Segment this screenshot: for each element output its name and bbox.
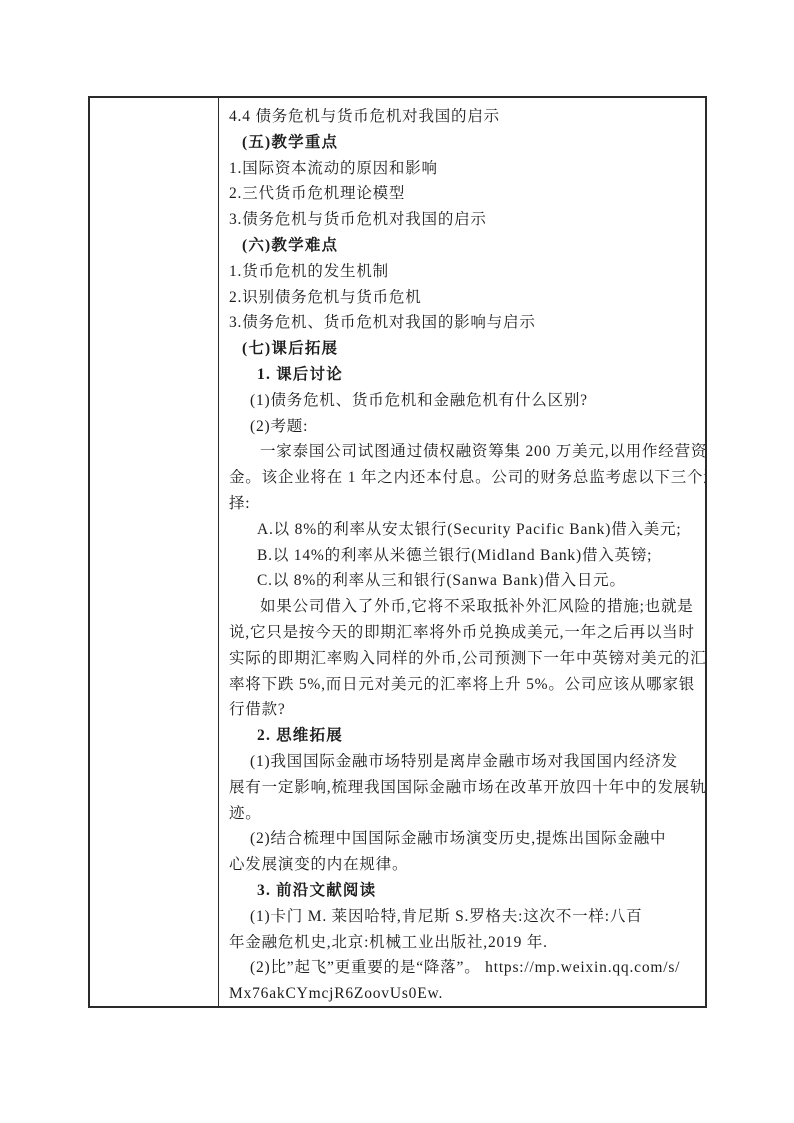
text-line: 一家泰国公司试图通过债权融资筹集 200 万美元,以用作经营资 xyxy=(260,439,699,465)
text-line: (1)我国国际金融市场特别是离岸金融市场对我国国内经济发 xyxy=(250,749,699,775)
text-line: (七)课后拓展 xyxy=(242,336,699,362)
lesson-plan-table: 4.4 债务危机与货币危机对我国的启示(五)教学重点1.国际资本流动的原因和影响… xyxy=(88,96,707,1008)
text-line: Mx76akCYmcjR6ZoovUs0Ew. xyxy=(229,981,699,1006)
text-line: 3.债务危机与货币危机对我国的启示 xyxy=(229,207,699,233)
text-line: 行借款? xyxy=(229,697,699,723)
text-line: 如果公司借入了外币,它将不采取抵补外汇风险的措施;也就是 xyxy=(260,594,699,620)
text-line: (六)教学难点 xyxy=(242,233,699,259)
text-line: (1)债务危机、货币危机和金融危机有什么区别? xyxy=(250,388,699,414)
text-line: C.以 8%的利率从三和银行(Sanwa Bank)借入日元。 xyxy=(257,568,699,594)
text-line: 率将下跌 5%,而日元对美元的汇率将上升 5%。公司应该从哪家银 xyxy=(229,672,699,698)
text-line: (五)教学重点 xyxy=(242,130,699,156)
text-line: 实际的即期汇率购入同样的外币,公司预测下一年中英镑对美元的汇 xyxy=(229,646,699,672)
text-line: 4.4 债务危机与货币危机对我国的启示 xyxy=(229,104,699,130)
text-line: 2.三代货币危机理论模型 xyxy=(229,181,699,207)
text-line: 展有一定影响,梳理我国国际金融市场在改革开放四十年中的发展轨 xyxy=(229,775,699,801)
text-line: 2. 思维拓展 xyxy=(257,723,699,749)
text-line: (2)考题: xyxy=(250,414,699,440)
text-line: 2.识别债务危机与货币危机 xyxy=(229,285,699,311)
text-line: 说,它只是按今天的即期汇率将外币兑换成美元,一年之后再以当时 xyxy=(229,620,699,646)
text-line: 1. 课后讨论 xyxy=(257,362,699,388)
text-line: B.以 14%的利率从米德兰银行(Midland Bank)借入英镑; xyxy=(257,543,699,569)
text-line: 择: xyxy=(229,491,699,517)
text-line: (1)卡门 M. 莱因哈特,肯尼斯 S.罗格夫:这次不一样:八百 xyxy=(250,904,699,930)
text-line: (2)结合梳理中国国际金融市场演变历史,提炼出国际金融中 xyxy=(250,826,699,852)
text-line: 心发展演变的内在规律。 xyxy=(229,852,699,878)
text-line: 1.货币危机的发生机制 xyxy=(229,259,699,285)
text-line: 迹。 xyxy=(229,801,699,827)
text-line: (2)比”起飞”更重要的是“降落”。 https://mp.weixin.qq.… xyxy=(250,955,699,981)
document-page: 4.4 债务危机与货币危机对我国的启示(五)教学重点1.国际资本流动的原因和影响… xyxy=(0,0,794,1123)
text-line: A.以 8%的利率从安太银行(Security Pacific Bank)借入美… xyxy=(257,517,699,543)
table-main-cell: 4.4 债务危机与货币危机对我国的启示(五)教学重点1.国际资本流动的原因和影响… xyxy=(219,98,705,1006)
text-line: 3.债务危机、货币危机对我国的影响与启示 xyxy=(229,310,699,336)
text-line: 1.国际资本流动的原因和影响 xyxy=(229,156,699,182)
table-left-cell xyxy=(90,98,219,1006)
text-line: 年金融危机史,北京:机械工业出版社,2019 年. xyxy=(229,930,699,956)
text-line: 3. 前沿文献阅读 xyxy=(257,878,699,904)
text-line: 金。该企业将在 1 年之内还本付息。公司的财务总监考虑以下三个选 xyxy=(229,465,699,491)
